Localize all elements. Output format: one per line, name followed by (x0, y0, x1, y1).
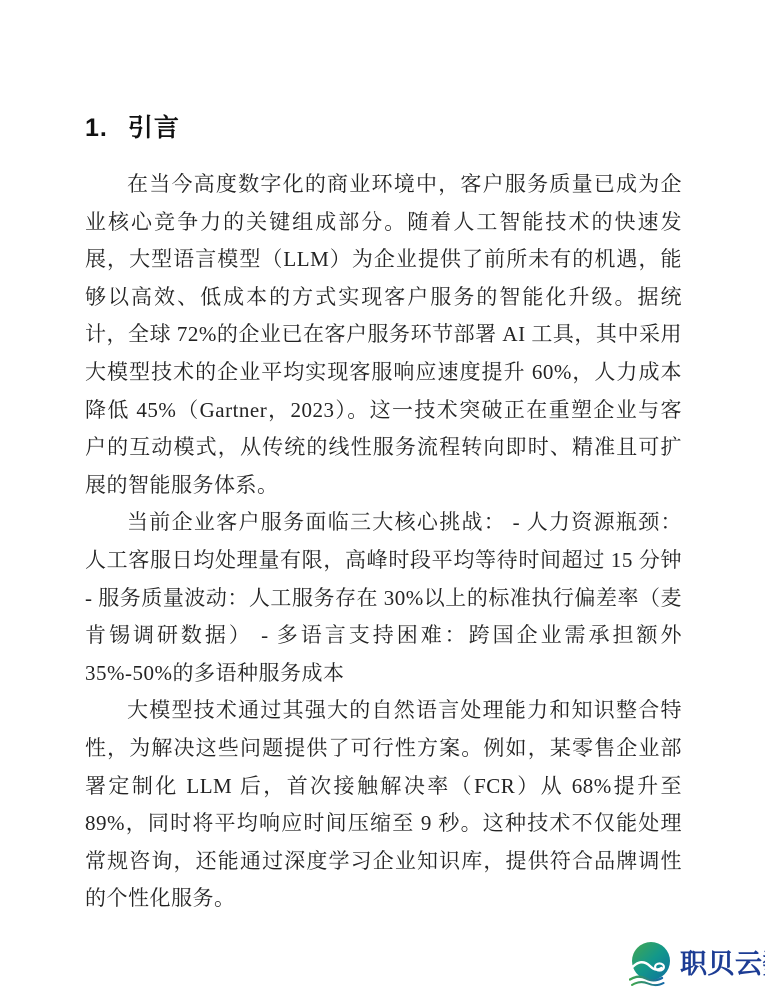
section-number: 1. (85, 114, 108, 143)
section-heading: 1.引言 (85, 108, 180, 144)
paragraph-3: 大模型技术通过其强大的自然语言处理能力和知识整合特性，为解决这些问题提供了可行性… (85, 692, 682, 918)
brand-name: 职贝云数 (680, 951, 765, 978)
document-page: 1.引言 在当今高度数字化的商业环境中，客户服务质量已成为企业核心竞争力的关键组… (0, 0, 765, 990)
section-title: 引言 (128, 114, 180, 142)
document-body: 在当今高度数字化的商业环境中，客户服务质量已成为企业核心竞争力的关键组成部分。随… (85, 166, 682, 918)
paragraph-1: 在当今高度数字化的商业环境中，客户服务质量已成为企业核心竞争力的关键组成部分。随… (85, 166, 682, 504)
globe-wave-icon (629, 941, 675, 987)
paragraph-2: 当前企业客户服务面临三大核心挑战： - 人力资源瓶颈：人工客服日均处理量有限，高… (85, 504, 682, 692)
brand-logo: 职贝云数 (629, 941, 765, 987)
